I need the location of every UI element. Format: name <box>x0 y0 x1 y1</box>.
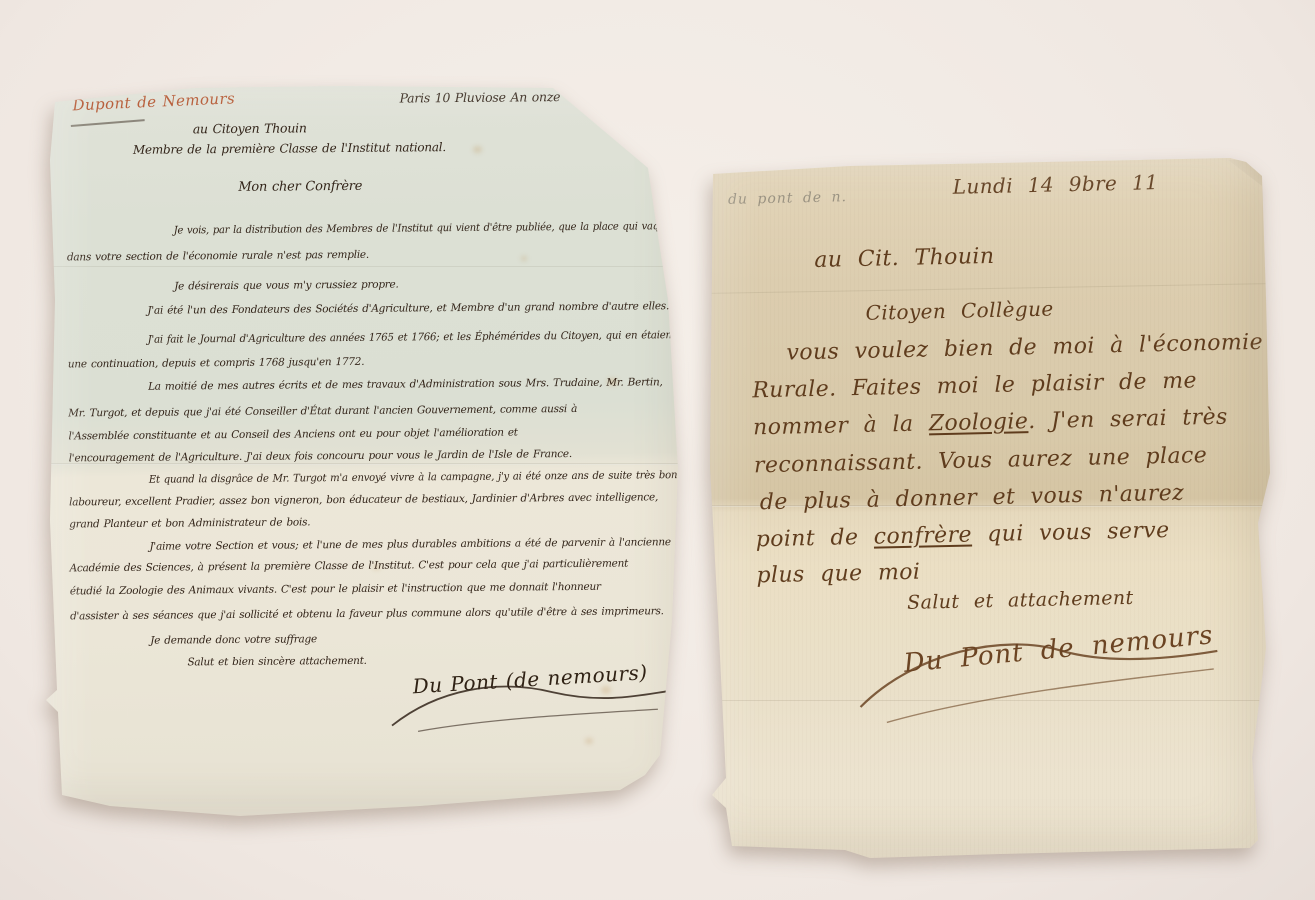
right-letter-paper: du pont de n. Lundi 14 9bre 11 au Cit. T… <box>710 158 1270 860</box>
left-letter-body-line: l'Assemblée constituante et au Conseil d… <box>68 426 517 442</box>
right-letter-signature: Du Pont de nemours <box>903 620 1215 679</box>
left-letter-body-line: grand Planteur et bon Administrateur de … <box>69 516 310 530</box>
right-letter-dateline: Lundi 14 9bre 11 <box>952 170 1158 199</box>
right-letter-dogear-corner <box>1228 160 1262 186</box>
left-letter-body-line: dans votre section de l'économie rurale … <box>67 249 369 264</box>
left-letter-body-line: étudié la Zoologie des Animaux vivants. … <box>70 581 601 598</box>
foxing-stain <box>521 256 527 261</box>
foxing-stain <box>607 378 618 386</box>
left-letter-body-line: J'aime votre Section et vous; et l'une d… <box>149 536 671 553</box>
body-line3-underlined-word: Zoologie <box>929 409 1029 436</box>
left-letter-body-line: laboureur, excellent Pradier, assez bon … <box>69 491 658 508</box>
right-letter-body-line: Rurale. Faites moi le plaisir de me <box>752 368 1197 403</box>
left-letter-body-line: Mr. Turgot, et depuis que j'ai été Conse… <box>68 403 577 419</box>
right-letter-lower-crease <box>710 700 1270 701</box>
right-letter-body-line: nommer à la Zoologie. J'en serai très <box>753 405 1228 441</box>
right-letter-valediction: Salut et attachement <box>907 587 1134 614</box>
right-letter-salutation: Citoyen Collègue <box>865 297 1054 325</box>
right-letter-recipient: au Cit. Thouin <box>814 244 995 273</box>
left-letter-body-line: Salut et bien sincère attachement. <box>187 655 366 669</box>
left-letter-body-line: Académie des Sciences, à présent la prem… <box>70 558 629 575</box>
archivist-note-underline <box>71 119 145 127</box>
left-letter-dateline: Paris 10 Pluviose An onze <box>399 89 560 105</box>
left-letter-body-line: Je désirerais que vous m'y crussiez prop… <box>174 279 399 293</box>
right-letter-body-line: de plus à donner et vous n'aurez <box>760 481 1185 516</box>
left-letter-signature: Du Pont (de nemours) <box>412 660 648 698</box>
left-signature-flourish <box>378 665 679 738</box>
body-line6-underlined-word: confrère <box>873 522 972 549</box>
body-line6-post: qui vous serve <box>972 518 1170 547</box>
body-line3-pre: nommer à la <box>753 411 929 440</box>
right-signature-flourish <box>845 615 1237 734</box>
left-letter-body-line: l'encouragement de l'Agriculture. J'ai d… <box>69 448 572 464</box>
pencil-note: du pont de n. <box>728 189 847 208</box>
left-letter-body-line: La moitié de mes autres écrits et de mes… <box>148 376 663 392</box>
body-line6-pre: point de <box>755 525 874 553</box>
left-letter-body-line: J'ai été l'un des Fondateurs des Société… <box>147 300 669 317</box>
foxing-stain <box>373 564 380 570</box>
left-letter-body-line: J'ai fait le Journal d'Agriculture des a… <box>148 329 676 346</box>
left-letter-paper: Dupont de Nemours Paris 10 Pluviose An o… <box>45 80 690 820</box>
left-letter-recipient-title: Membre de la première Classe de l'Instit… <box>133 140 446 157</box>
foxing-stain <box>601 686 611 694</box>
right-letter-body-line: plus que moi <box>756 560 920 589</box>
foxing-stain <box>585 738 593 744</box>
right-letter-fold-crease <box>710 505 1270 507</box>
left-letter-body-line: Et quand la disgrâce de Mr. Turgot m'a e… <box>149 469 677 486</box>
archivist-red-note: Dupont de Nemours <box>72 89 235 114</box>
left-letter-body-line: Je vois, par la distribution des Membres… <box>174 220 678 236</box>
foxing-stain <box>473 146 482 153</box>
left-letter-body-line: une continuation, depuis et compris 1768… <box>68 356 365 371</box>
left-letter-faint-crease <box>45 266 690 267</box>
right-letter-body-line: vous voulez bien de moi à l'économie <box>786 330 1263 366</box>
right-letter-faint-crease <box>710 283 1270 294</box>
left-letter-body-line: Je demande donc votre suffrage <box>150 633 317 646</box>
left-letter-salutation: Mon cher Confrère <box>238 179 362 195</box>
right-letter-sheet: du pont de n. Lundi 14 9bre 11 au Cit. T… <box>710 158 1270 860</box>
left-letter-fold-crease <box>45 463 690 465</box>
left-letter-sheet: Dupont de Nemours Paris 10 Pluviose An o… <box>45 80 690 820</box>
right-letter-body-line: reconnaissant. Vous aurez une place <box>754 443 1208 478</box>
photo-of-two-letters: Dupont de Nemours Paris 10 Pluviose An o… <box>0 0 1315 900</box>
right-letter-body-line: point de confrère qui vous serve <box>755 518 1169 552</box>
left-letter-recipient: au Citoyen Thouin <box>193 120 307 136</box>
body-line3-post: . J'en serai très <box>1028 405 1228 435</box>
left-letter-body-line: d'assister à ses séances que j'ai sollic… <box>70 605 664 622</box>
